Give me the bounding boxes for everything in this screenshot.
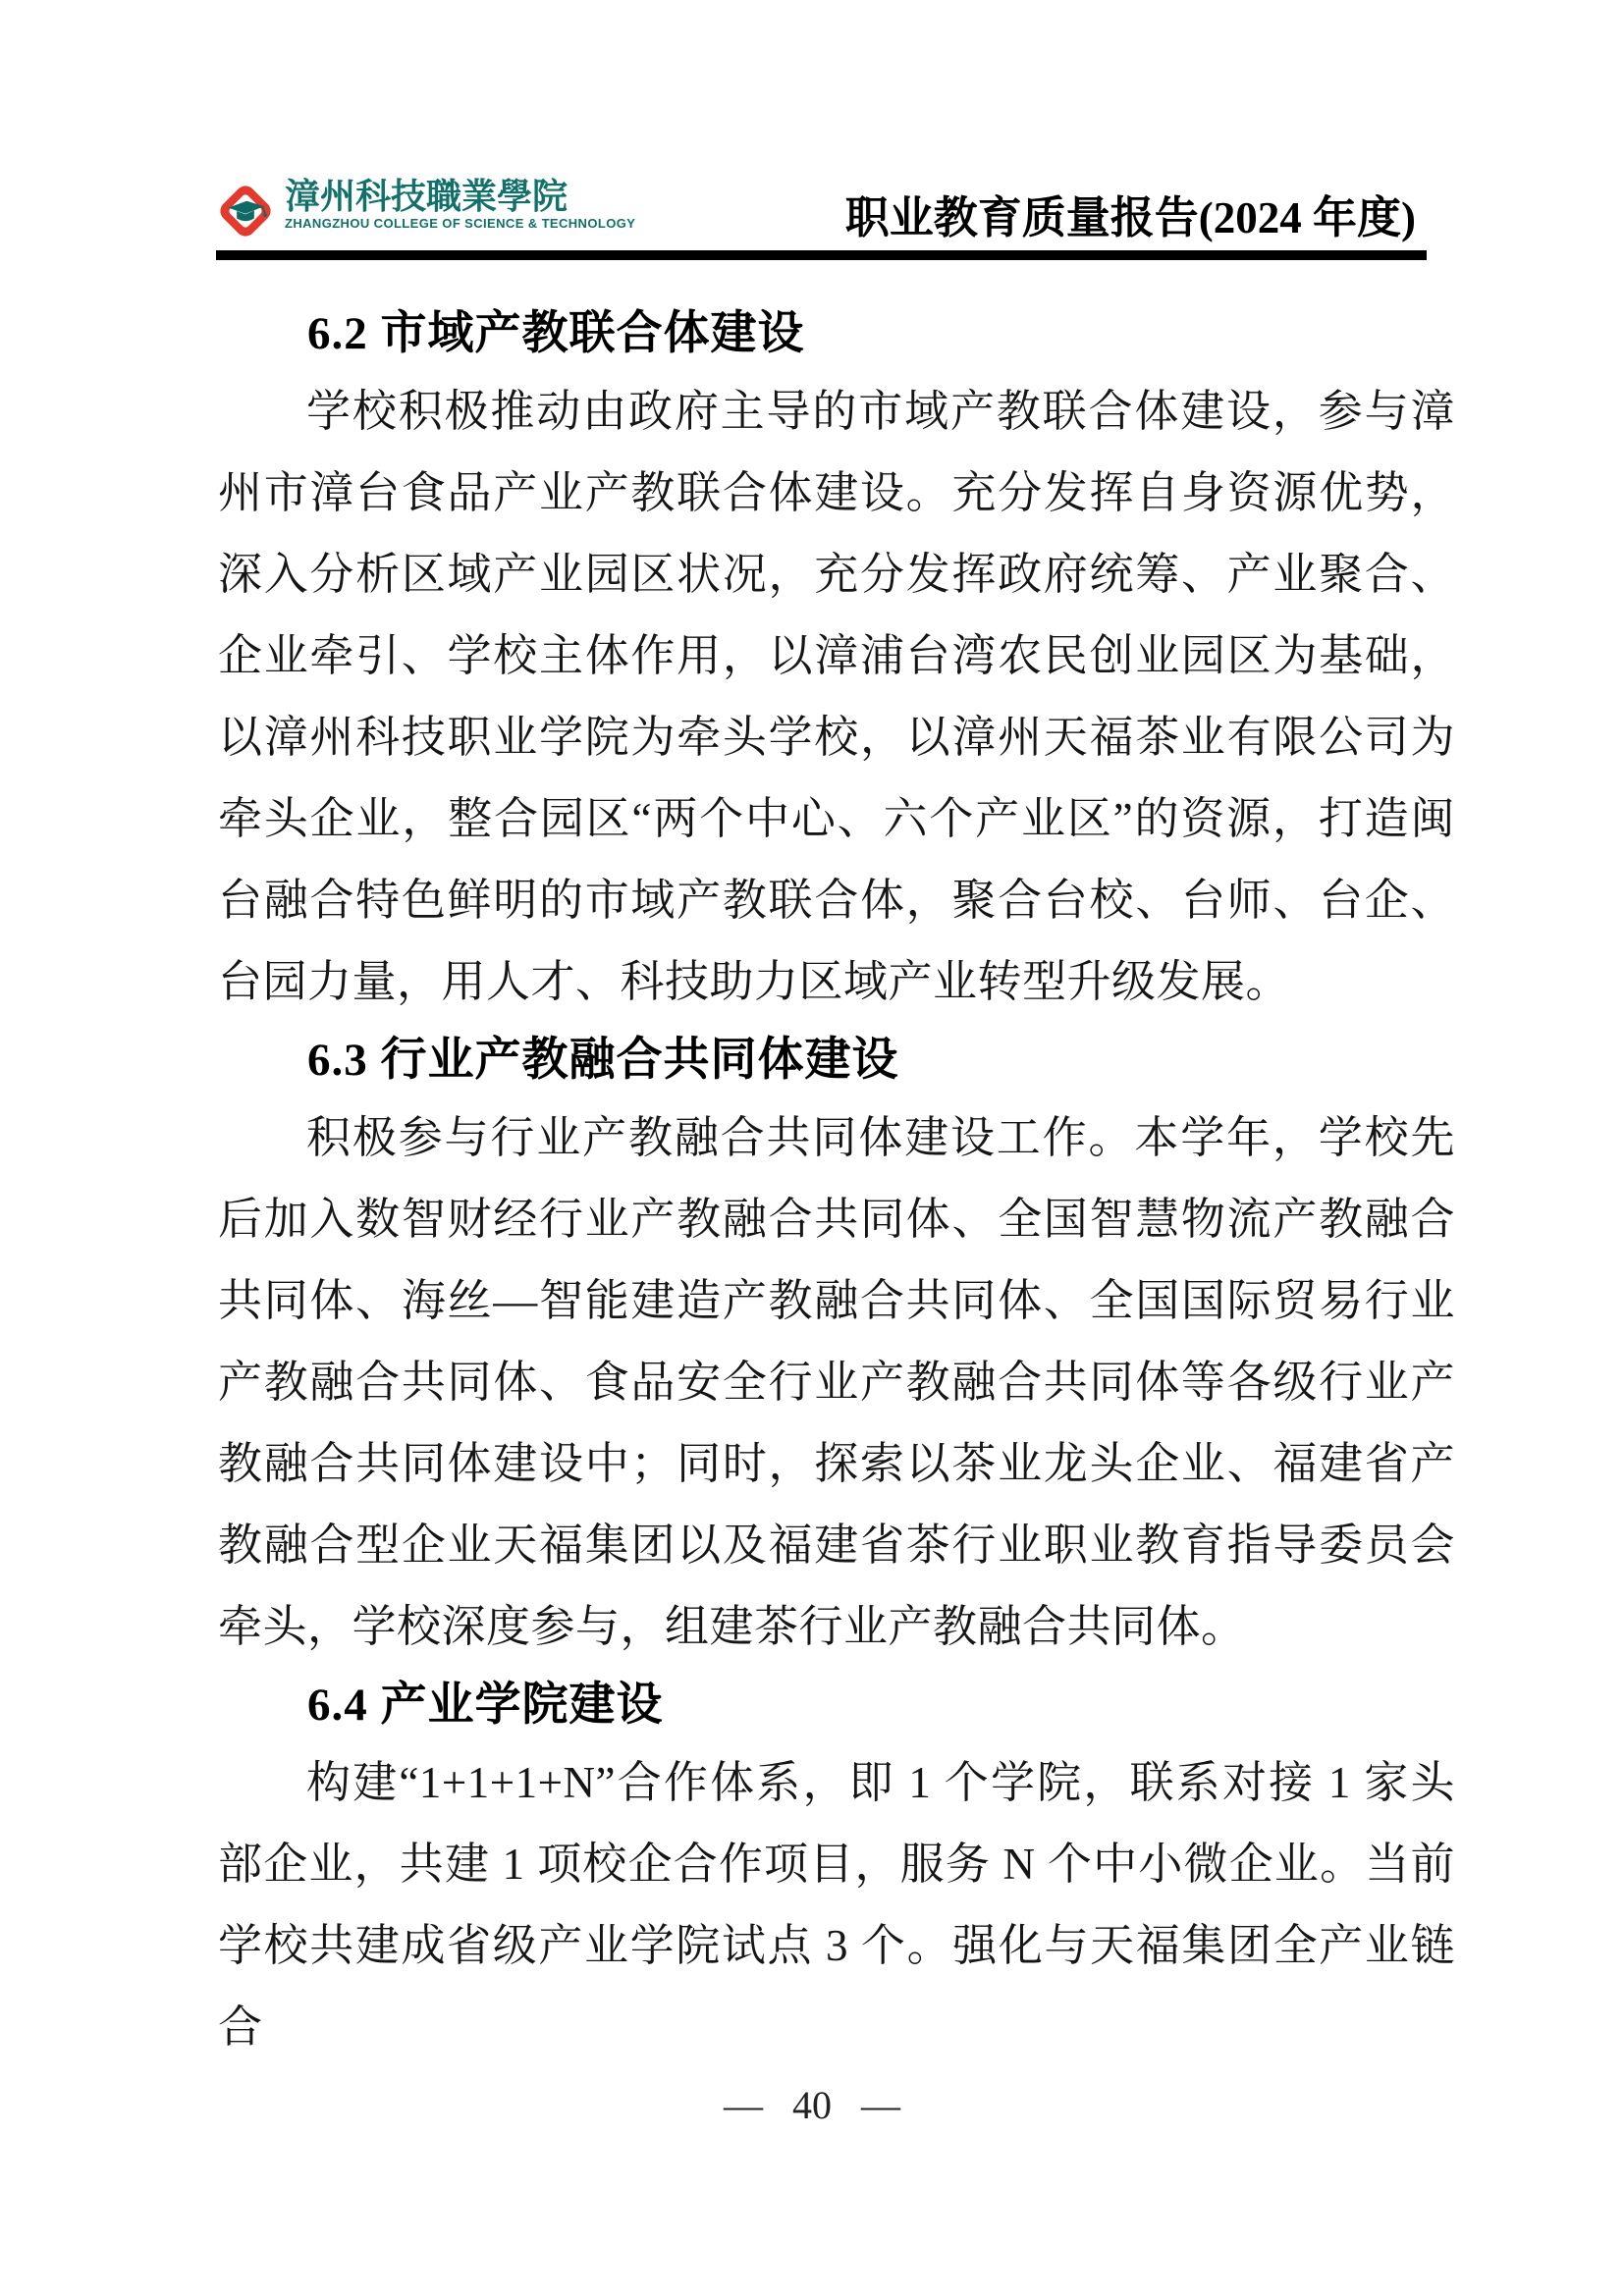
report-title: 职业教育质量报告(2024 年度) [845, 192, 1416, 243]
college-logo-text: 漳州科技職業學院 ZHANGZHOU COLLEGE OF SCIENCE & … [285, 177, 635, 231]
section-6-2: 6.2 市域产教联合体建设 学校积极推动由政府主导的市域产教联合体建设，参与漳州… [218, 296, 1455, 1023]
page-number: 40 [792, 2083, 832, 2128]
college-logo: 漳州科技職業學院 ZHANGZHOU COLLEGE OF SCIENCE & … [212, 177, 635, 245]
section-heading-6-4: 6.4 产业学院建设 [218, 1668, 1455, 1742]
section-6-4: 6.4 产业学院建设 构建“1+1+1+N”合作体系，即 1 个学院，联系对接 … [218, 1668, 1455, 2068]
header-rule [216, 250, 1427, 260]
college-name-chinese: 漳州科技職業學院 [285, 177, 635, 216]
page-footer: —40— [0, 2083, 1624, 2128]
college-name-english: ZHANGZHOU COLLEGE OF SCIENCE & TECHNOLOG… [285, 217, 635, 231]
graduation-cap-diamond-icon [212, 177, 279, 245]
footer-dash-right: — [861, 2083, 900, 2127]
section-paragraph-6-4: 构建“1+1+1+N”合作体系，即 1 个学院，联系对接 1 家头部企业，共建 … [218, 1742, 1455, 2068]
section-paragraph-6-2: 学校积极推动由政府主导的市域产教联合体建设，参与漳州市漳台食品产业产教联合体建设… [218, 371, 1455, 1023]
section-heading-6-2: 6.2 市域产教联合体建设 [218, 296, 1455, 371]
section-paragraph-6-3: 积极参与行业产教融合共同体建设工作。本学年，学校先后加入数智财经行业产教融合共同… [218, 1097, 1455, 1668]
document-page: 漳州科技職業學院 ZHANGZHOU COLLEGE OF SCIENCE & … [0, 0, 1624, 2296]
section-6-3: 6.3 行业产教融合共同体建设 积极参与行业产教融合共同体建设工作。本学年，学校… [218, 1023, 1455, 1668]
section-heading-6-3: 6.3 行业产教融合共同体建设 [218, 1023, 1455, 1097]
document-body: 6.2 市域产教联合体建设 学校积极推动由政府主导的市域产教联合体建设，参与漳州… [218, 296, 1455, 2068]
footer-dash-left: — [724, 2083, 763, 2127]
